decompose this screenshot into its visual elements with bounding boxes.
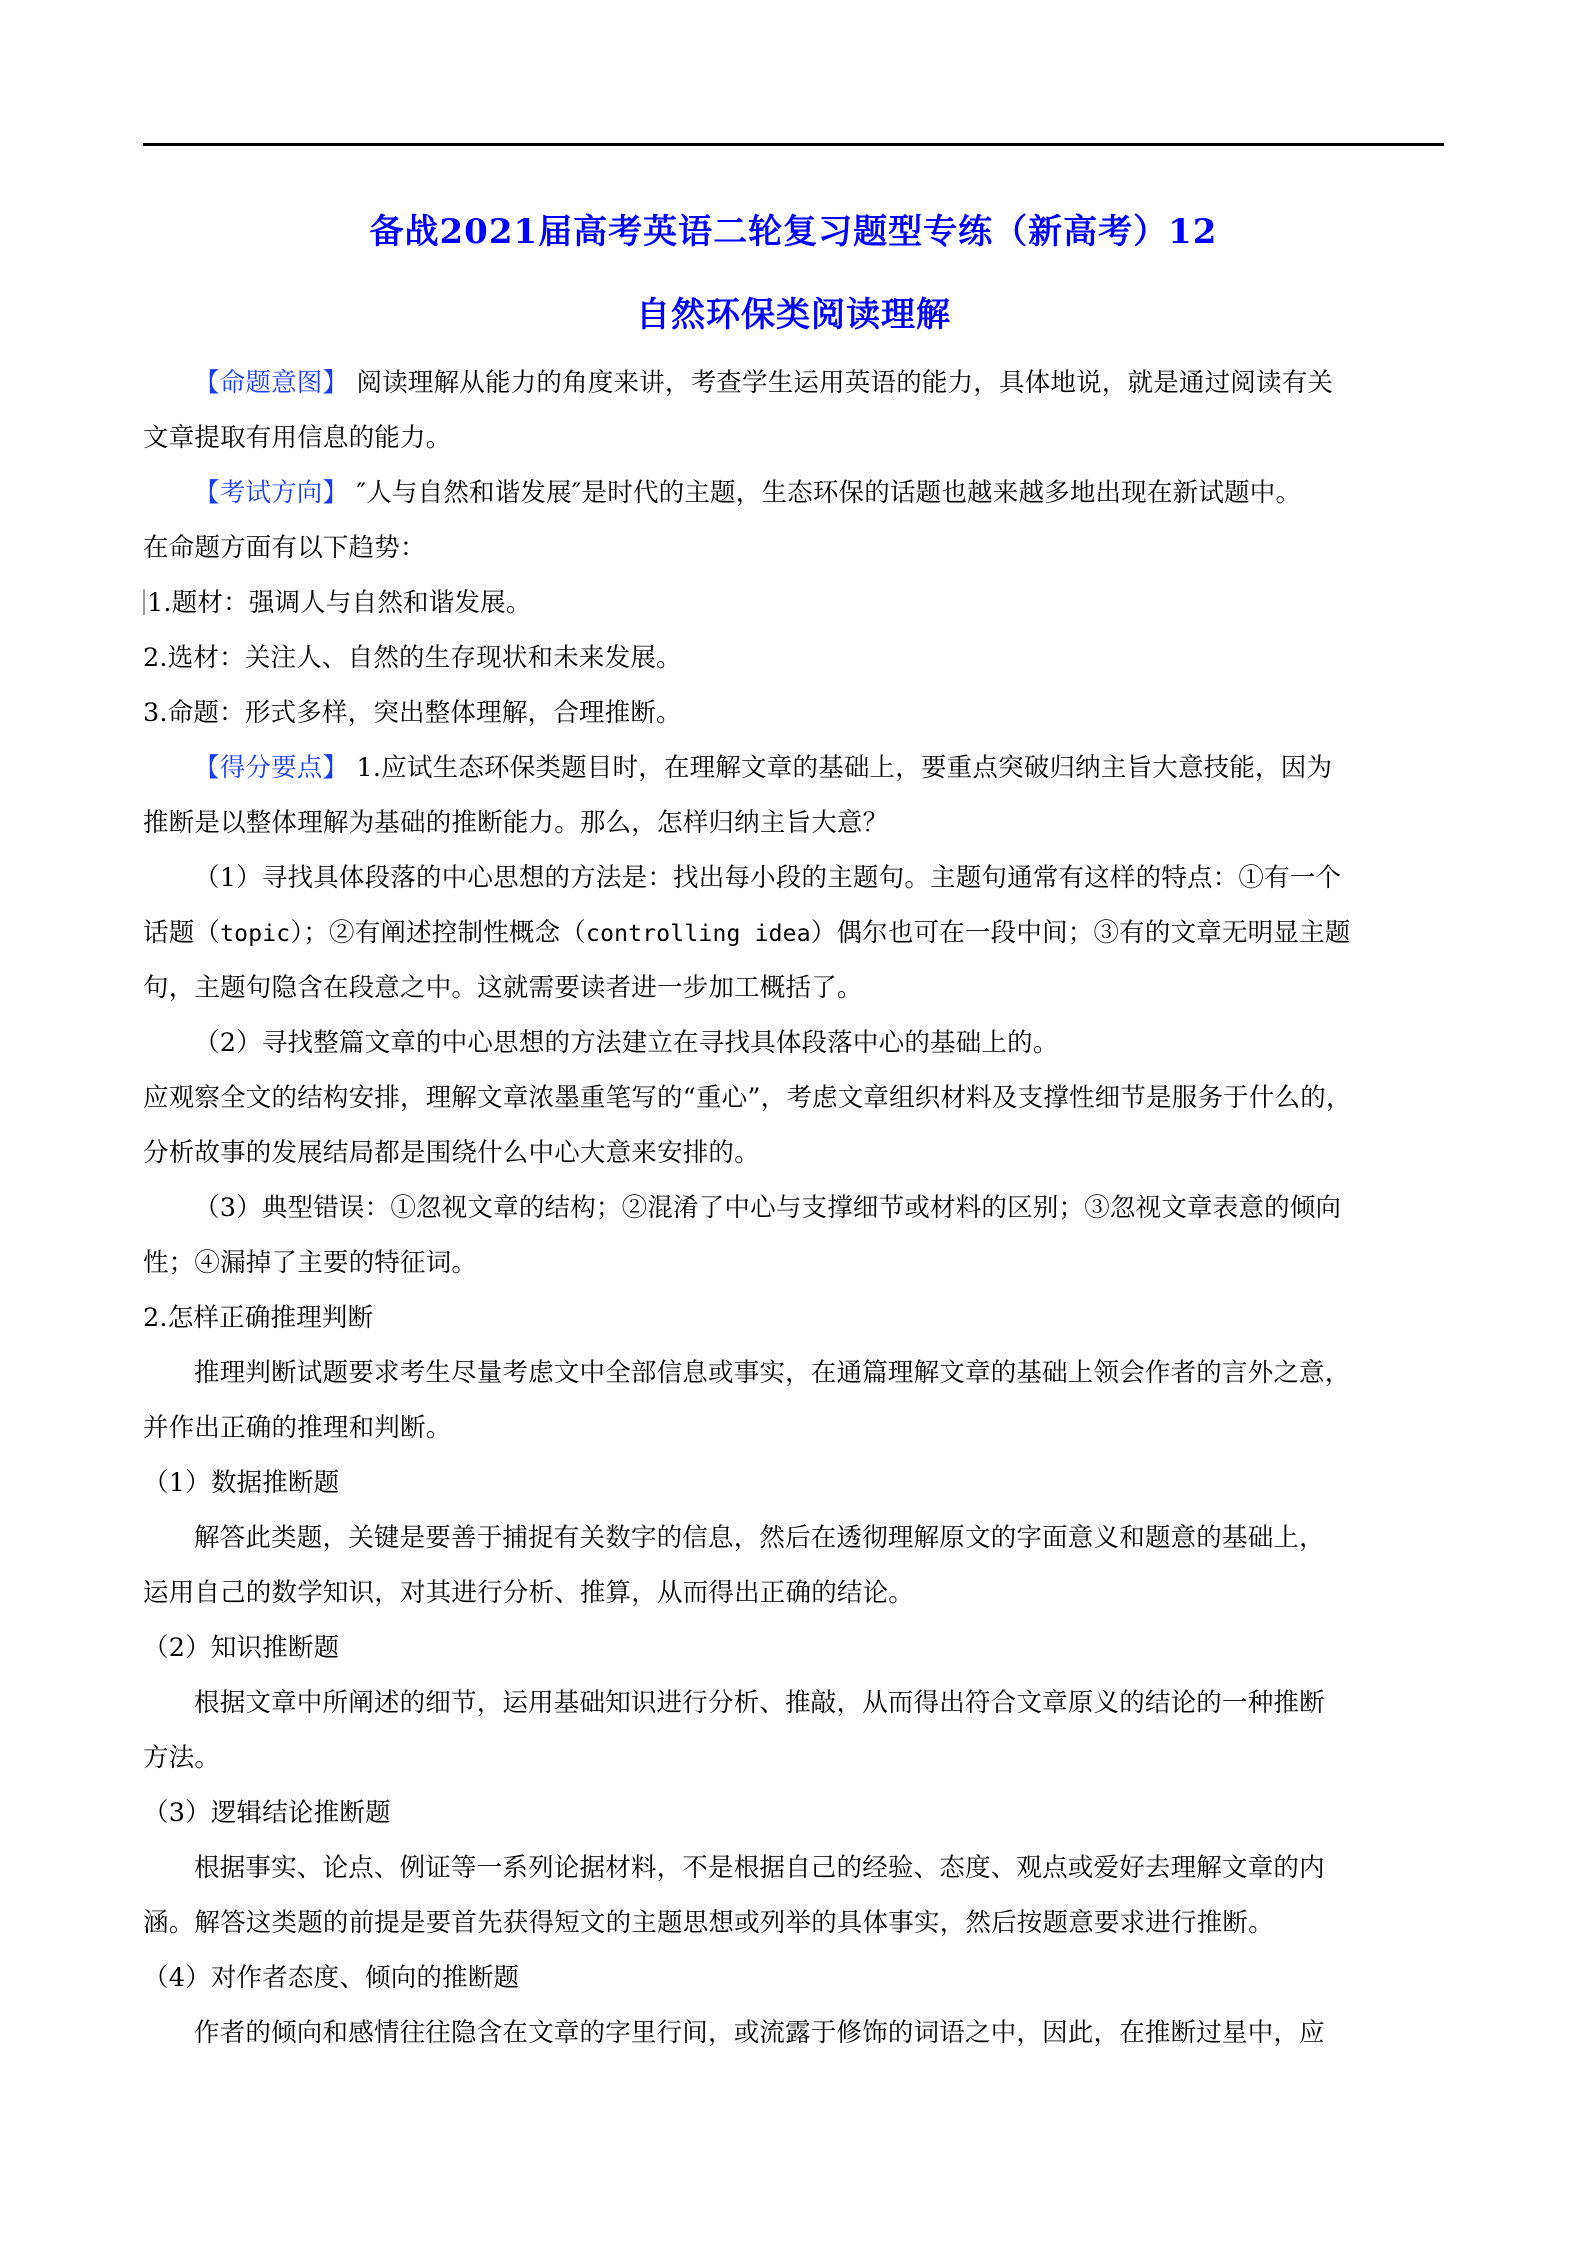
intent-text-1: 阅读理解从能力的角度来讲，考查学生运用英语的能力，具体地说，就是通过阅读有关 <box>348 368 1333 398</box>
point-1-line-2: 话题（topic）；②有阐述控制性概念（controlling idea）偶尔也… <box>143 906 1446 961</box>
point-1-line-1: （1）寻找具体段落的中心思想的方法是：找出每小段的主题句。主题句通常有这样的特点… <box>143 851 1446 906</box>
inference-type-2-line-2: 方法。 <box>143 1731 1446 1786</box>
text-segment: 话题（ <box>143 918 220 948</box>
inference-intro-line-1: 推理判断试题要求考生尽量考虑文中全部信息或事实，在通篇理解文章的基础上领会作者的… <box>143 1346 1446 1401</box>
inference-heading: 2.怎样正确推理判断 <box>143 1291 1446 1346</box>
inference-type-4-heading: （4）对作者态度、倾向的推断题 <box>143 1951 1446 2006</box>
keypoints-text-1: 1.应试生态环保类题目时，在理解文章的基础上，要重点突破归纳主旨大意技能，因为 <box>348 753 1332 783</box>
inference-type-1-heading: （1）数据推断题 <box>143 1456 1446 1511</box>
point-1-line-3: 句，主题句隐含在段意之中。这就需要读者进一步加工概括了。 <box>143 961 1446 1016</box>
trend-item-1[interactable]: 1.题材：强调人与自然和谐发展。 <box>143 576 1446 631</box>
trend-item-1-text: 1.题材：强调人与自然和谐发展。 <box>147 588 532 618</box>
direction-paragraph-line-2: 在命题方面有以下趋势： <box>143 521 1446 576</box>
point-3-line-1: （3）典型错误：①忽视文章的结构；②混淆了中心与支撑细节或材料的区别；③忽视文章… <box>143 1181 1446 1236</box>
inference-type-3-heading: （3）逻辑结论推断题 <box>143 1786 1446 1841</box>
keypoints-tag: 【得分要点】 <box>194 753 348 783</box>
point-2-line-3: 分析故事的发展结局都是围绕什么中心大意来安排的。 <box>143 1126 1446 1181</box>
inference-type-2-heading: （2）知识推断题 <box>143 1621 1446 1676</box>
document-subtitle: 自然环保类阅读理解 <box>143 295 1444 335</box>
inference-type-3-line-2: 涵。解答这类题的前提是要首先获得短文的主题思想或列举的具体事实，然后按题意要求进… <box>143 1896 1446 1951</box>
direction-text-1: ″人与自然和谐发展″是时代的主题，生态环保的话题也越来越多地出现在新试题中。 <box>348 478 1301 508</box>
point-2-line-2: 应观察全文的结构安排，理解文章浓墨重笔写的“重心”，考虑文章组织材料及支撑性细节… <box>143 1071 1446 1126</box>
document-body: 【命题意图】 阅读理解从能力的角度来讲，考查学生运用英语的能力，具体地说，就是通… <box>143 356 1446 2061</box>
inference-intro-line-2: 并作出正确的推理和判断。 <box>143 1401 1446 1456</box>
intent-paragraph-line-1: 【命题意图】 阅读理解从能力的角度来讲，考查学生运用英语的能力，具体地说，就是通… <box>143 356 1446 411</box>
document-page: 备战2021届高考英语二轮复习题型专练（新高考）12 自然环保类阅读理解 【命题… <box>0 0 1587 2245</box>
point-3-line-2: 性；④漏掉了主要的特征词。 <box>143 1236 1446 1291</box>
inference-type-2-line-1: 根据文章中所阐述的细节，运用基础知识进行分析、推敲，从而得出符合文章原义的结论的… <box>143 1676 1446 1731</box>
inference-type-1-line-1: 解答此类题，关键是要善于捕捉有关数字的信息，然后在透彻理解原文的字面意义和题意的… <box>143 1511 1446 1566</box>
keypoints-paragraph-line-1: 【得分要点】 1.应试生态环保类题目时，在理解文章的基础上，要重点突破归纳主旨大… <box>143 741 1446 796</box>
point-2-line-1: （2）寻找整篇文章的中心思想的方法建立在寻找具体段落中心的基础上的。 <box>143 1016 1446 1071</box>
text-segment: ）偶尔也可在一段中间；③有的文章无明显主题 <box>811 918 1351 948</box>
direction-paragraph-line-1: 【考试方向】 ″人与自然和谐发展″是时代的主题，生态环保的话题也越来越多地出现在… <box>143 466 1446 521</box>
inference-type-3-line-1: 根据事实、论点、例证等一系列论据材料，不是根据自己的经验、态度、观点或爱好去理解… <box>143 1841 1446 1896</box>
trend-item-2: 2.选材：关注人、自然的生存现状和未来发展。 <box>143 631 1446 686</box>
term-topic: topic <box>220 921 290 947</box>
term-controlling-idea: controlling idea <box>586 921 811 947</box>
document-title: 备战2021届高考英语二轮复习题型专练（新高考）12 <box>143 212 1444 252</box>
text-cursor <box>143 589 145 615</box>
inference-type-1-line-2: 运用自己的数学知识，对其进行分析、推算，从而得出正确的结论。 <box>143 1566 1446 1621</box>
intent-paragraph-line-2: 文章提取有用信息的能力。 <box>143 411 1446 466</box>
keypoints-paragraph-line-2: 推断是以整体理解为基础的推断能力。那么，怎样归纳主旨大意？ <box>143 796 1446 851</box>
trend-item-3: 3.命题：形式多样，突出整体理解，合理推断。 <box>143 686 1446 741</box>
header-rule <box>143 143 1444 146</box>
text-segment: ）；②有阐述控制性概念（ <box>290 918 586 948</box>
inference-type-4-line-1: 作者的倾向和感情往往隐含在文章的字里行间，或流露于修饰的词语之中，因此，在推断过… <box>143 2006 1446 2061</box>
intent-tag: 【命题意图】 <box>194 368 348 398</box>
direction-tag: 【考试方向】 <box>194 478 348 508</box>
